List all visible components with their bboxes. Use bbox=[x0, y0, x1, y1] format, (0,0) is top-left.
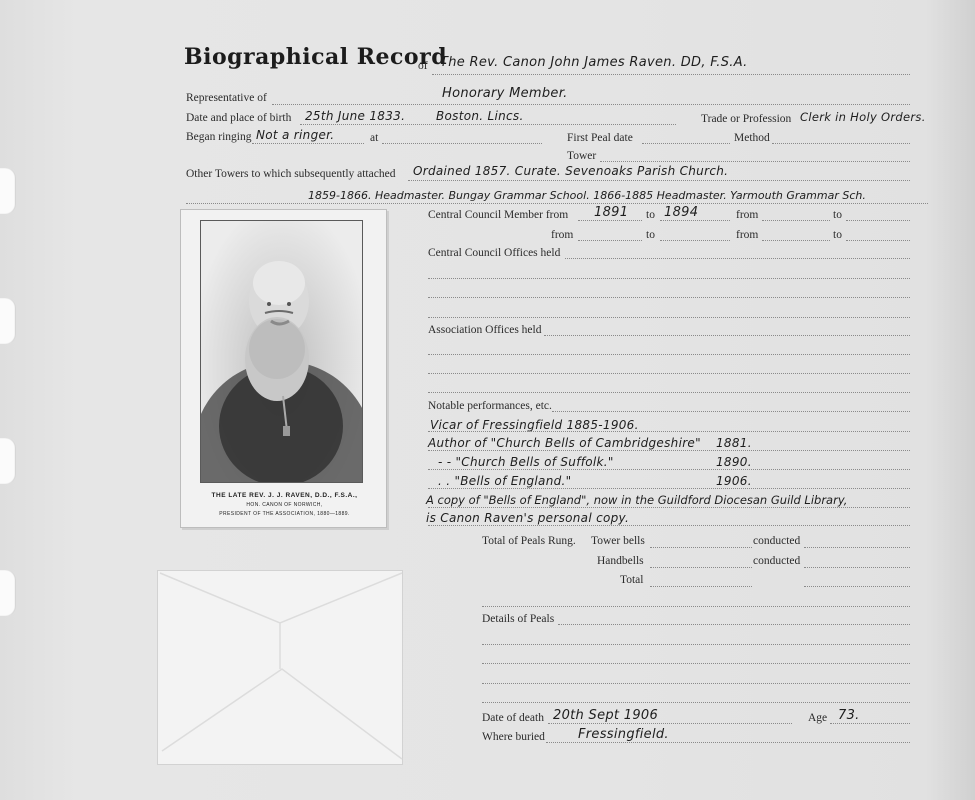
tower-label: Tower bbox=[567, 150, 596, 162]
cc-to1-label: to bbox=[646, 209, 655, 221]
association-offices-line3 bbox=[428, 373, 910, 374]
date-of-death-value: 20th Sept 1906 bbox=[553, 708, 658, 723]
other-towers-label: Other Towers to which subsequently attac… bbox=[186, 168, 395, 180]
other-towers-rule2 bbox=[186, 203, 928, 204]
cc-to2-label: to bbox=[833, 209, 842, 221]
other-towers-line1: Ordained 1857. Curate. Sevenoaks Parish … bbox=[413, 164, 728, 178]
association-offices-label: Association Offices held bbox=[428, 324, 541, 336]
cc-row2-to1-label: to bbox=[646, 229, 655, 241]
details-line3 bbox=[482, 663, 910, 664]
photo-caption-line2: HON. CANON OF NORWICH, bbox=[181, 502, 388, 508]
notable-line3: - - "Church Bells of Suffolk." bbox=[438, 455, 614, 469]
other-towers-line2: 1859-1866. Headmaster. Bungay Grammar Sc… bbox=[308, 189, 866, 202]
notable-rule4 bbox=[428, 488, 910, 489]
representative-line bbox=[272, 104, 910, 105]
notable-year3: 1890. bbox=[716, 455, 752, 469]
portrait-photo bbox=[200, 220, 363, 483]
birth-place: Boston. Lincs. bbox=[436, 109, 524, 123]
cc-row2-to2-label: to bbox=[833, 229, 842, 241]
where-buried-label: Where buried bbox=[482, 731, 545, 743]
began-ringing-line bbox=[252, 143, 364, 144]
notable-year2: 1881. bbox=[716, 436, 752, 450]
photo-caption-line3: PRESIDENT OF THE ASSOCIATION, 1880—1889. bbox=[181, 511, 388, 517]
where-buried-value: Fressingfield. bbox=[578, 727, 669, 742]
cc-from2-line bbox=[762, 220, 830, 221]
birth-line bbox=[300, 124, 676, 125]
notable-line1: Vicar of Fressingfield 1885-1906. bbox=[430, 418, 639, 432]
tower-bells-line bbox=[650, 547, 752, 548]
representative-value: Honorary Member. bbox=[442, 86, 568, 101]
attached-envelope bbox=[157, 570, 403, 765]
handbells-line bbox=[650, 567, 752, 568]
envelope-flap-icon bbox=[158, 571, 404, 766]
notable-rule5 bbox=[428, 507, 910, 508]
cc-to1-line bbox=[660, 220, 730, 221]
cc-offices-line4 bbox=[428, 317, 910, 318]
title-of-label: of bbox=[418, 60, 428, 72]
total-peals-label: Total of Peals Rung. bbox=[482, 535, 576, 547]
tower-conducted-label: conducted bbox=[753, 535, 800, 547]
association-offices-line1 bbox=[544, 335, 910, 336]
photo-caption-line1: THE LATE REV. J. J. RAVEN, D.D., F.S.A., bbox=[181, 492, 388, 499]
other-towers-rule1 bbox=[408, 180, 910, 181]
association-offices-line2 bbox=[428, 354, 910, 355]
method-line bbox=[772, 143, 910, 144]
record-page: Biographical Record of The Rev. Canon Jo… bbox=[0, 0, 975, 800]
cc-row2-from1-label: from bbox=[551, 229, 573, 241]
at-line bbox=[382, 143, 542, 144]
notable-line4: . . "Bells of England." bbox=[438, 474, 571, 488]
central-council-member-label: Central Council Member from bbox=[428, 209, 568, 221]
total-row-label: Total bbox=[620, 574, 643, 586]
cc-row2-to1-line bbox=[660, 240, 730, 241]
notable-year4: 1906. bbox=[716, 474, 752, 488]
details-line2 bbox=[482, 644, 910, 645]
where-buried-line bbox=[546, 742, 910, 743]
age-label: Age bbox=[808, 712, 827, 724]
at-label: at bbox=[370, 132, 378, 144]
punch-hole bbox=[0, 438, 16, 484]
cc-to1-value: 1894 bbox=[664, 205, 698, 220]
notable-line2: Author of "Church Bells of Cambridgeshir… bbox=[428, 436, 701, 450]
tower-line bbox=[600, 161, 910, 162]
details-line1 bbox=[558, 624, 910, 625]
title-line bbox=[432, 74, 910, 75]
tower-bells-label: Tower bells bbox=[591, 535, 645, 547]
began-ringing-value: Not a ringer. bbox=[256, 128, 334, 142]
total-conducted-line bbox=[804, 586, 910, 587]
cc-row2-from2-label: from bbox=[736, 229, 758, 241]
notable-rule1 bbox=[428, 431, 910, 432]
cc-offices-label: Central Council Offices held bbox=[428, 247, 560, 259]
cc-offices-line3 bbox=[428, 297, 910, 298]
hand-conducted-label: conducted bbox=[753, 555, 800, 567]
portrait-illustration-icon bbox=[201, 221, 363, 483]
association-offices-line4 bbox=[428, 392, 910, 393]
trade-label: Trade or Profession bbox=[701, 113, 791, 125]
cc-from1-value: 1891 bbox=[594, 205, 628, 220]
handbells-label: Handbells bbox=[597, 555, 644, 567]
page-title: Biographical Record bbox=[184, 44, 447, 70]
cc-to2-line bbox=[846, 220, 910, 221]
hand-conducted-line bbox=[804, 567, 910, 568]
notable-line5: A copy of "Bells of England", now in the… bbox=[426, 493, 847, 507]
representative-label: Representative of bbox=[186, 92, 267, 104]
cc-row2-from1-line bbox=[578, 240, 642, 241]
cc-offices-line2 bbox=[428, 278, 910, 279]
trade-value: Clerk in Holy Orders. bbox=[800, 110, 926, 124]
total-line bbox=[650, 586, 752, 587]
details-line4 bbox=[482, 683, 910, 684]
first-peal-date-label: First Peal date bbox=[567, 132, 633, 144]
first-peal-date-line bbox=[642, 143, 730, 144]
age-line bbox=[830, 723, 910, 724]
punch-hole bbox=[0, 298, 16, 344]
notable-line6: is Canon Raven's personal copy. bbox=[426, 511, 629, 525]
details-of-peals-label: Details of Peals bbox=[482, 613, 554, 625]
cc-from2-label: from bbox=[736, 209, 758, 221]
began-ringing-label: Began ringing bbox=[186, 131, 251, 143]
date-of-death-label: Date of death bbox=[482, 712, 544, 724]
punch-hole bbox=[0, 570, 16, 616]
peals-separator-line bbox=[482, 606, 910, 607]
portrait-photo-card: THE LATE REV. J. J. RAVEN, D.D., F.S.A.,… bbox=[180, 209, 387, 528]
notable-rule6 bbox=[428, 525, 910, 526]
cc-row2-from2-line bbox=[762, 240, 830, 241]
notable-rule3 bbox=[428, 469, 910, 470]
subject-name: The Rev. Canon John James Raven. DD, F.S… bbox=[440, 55, 748, 70]
cc-from1-line bbox=[578, 220, 642, 221]
cc-offices-line1 bbox=[565, 258, 910, 259]
cc-row2-to2-line bbox=[846, 240, 910, 241]
punch-hole bbox=[0, 168, 16, 214]
notable-performances-label: Notable performances, etc. bbox=[428, 400, 552, 412]
age-value: 73. bbox=[838, 708, 860, 723]
birth-date: 25th June 1833. bbox=[305, 109, 405, 123]
date-of-death-line bbox=[548, 723, 792, 724]
method-label: Method bbox=[734, 132, 770, 144]
notable-rule2 bbox=[428, 450, 910, 451]
tower-conducted-line bbox=[804, 547, 910, 548]
birth-label: Date and place of birth bbox=[186, 112, 291, 124]
details-line5 bbox=[482, 702, 910, 703]
notable-line0 bbox=[552, 411, 910, 412]
